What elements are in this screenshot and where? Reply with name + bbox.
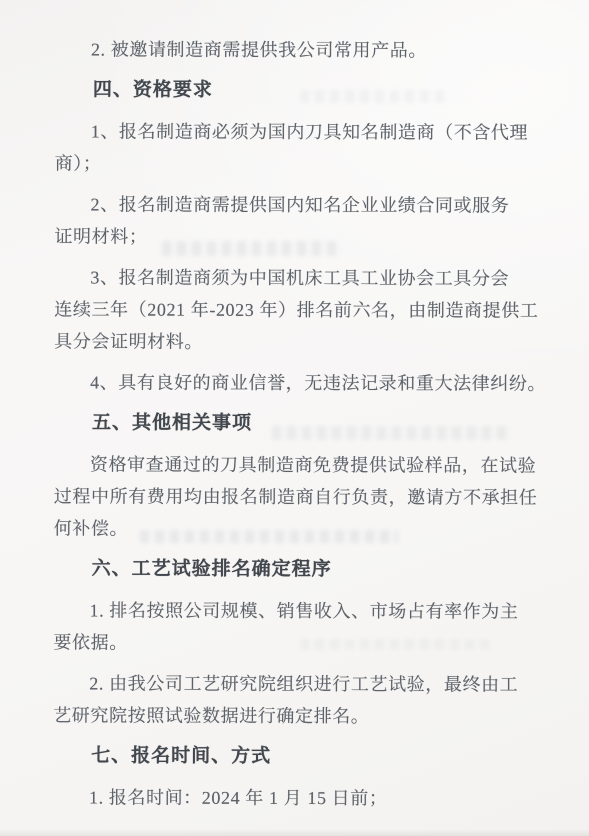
text-line: 证明材料； [54, 220, 541, 253]
body-paragraph: 1、报名制造商必须为国内刀具知名制造商（不含代理商）； [55, 115, 542, 180]
text-line: 1. 排名按照公司规模、销售收入、市场占有率作为主 [53, 594, 540, 627]
body-paragraph: 资格审查通过的刀具制造商免费提供试验样品，在试验过程中所有费用均由报名制造商自行… [54, 448, 541, 545]
section-heading: 五、其他相关事项 [54, 407, 541, 440]
text-line: 连续三年（2021 年-2023 年）排名前六名，由制造商提供工 [54, 293, 541, 326]
text-line: 四、资格要求 [55, 74, 542, 107]
text-line: 2. 被邀请制造商需提供我公司常用产品。 [55, 33, 542, 66]
text-line: 五、其他相关事项 [54, 407, 541, 440]
scanned-document-page: 2. 被邀请制造商需提供我公司常用产品。四、资格要求1、报名制造商必须为国内刀具… [0, 0, 589, 836]
document-content: 2. 被邀请制造商需提供我公司常用产品。四、资格要求1、报名制造商必须为国内刀具… [53, 33, 542, 823]
section-heading: 六、工艺试验排名确定程序 [54, 553, 541, 586]
text-line: 1. 报名时间：2024 年 1 月 15 日前； [53, 781, 540, 814]
body-paragraph: 3、报名制造商须为中国机床工具工业协会工具分会连续三年（2021 年-2023 … [54, 261, 541, 358]
text-line: 艺研究院按照试验数据进行确定排名。 [53, 699, 540, 732]
text-line: 资格审查通过的刀具制造商免费提供试验样品，在试验 [54, 448, 541, 481]
text-line: 何补偿。 [54, 512, 541, 545]
section-heading: 四、资格要求 [55, 74, 542, 107]
section-heading: 七、报名时间、方式 [53, 740, 540, 773]
text-line: 过程中所有费用均由报名制造商自行负责，邀请方不承担任 [54, 480, 541, 513]
body-paragraph: 1. 排名按照公司规模、销售收入、市场占有率作为主要依据。 [53, 594, 540, 659]
text-line: 具分会证明材料。 [54, 325, 541, 358]
text-line: 七、报名时间、方式 [53, 740, 540, 773]
text-line: 六、工艺试验排名确定程序 [54, 553, 541, 586]
body-paragraph: 2、报名制造商需提供国内知名企业业绩合同或服务证明材料； [54, 188, 541, 253]
text-line: 4、具有良好的商业信誉，无违法记录和重大法律纠纷。 [54, 366, 541, 399]
body-paragraph: 2. 由我公司工艺研究院组织进行工艺试验，最终由工艺研究院按照试验数据进行确定排… [53, 667, 540, 732]
text-line: 3、报名制造商须为中国机床工具工业协会工具分会 [54, 261, 541, 294]
body-paragraph: 2. 被邀请制造商需提供我公司常用产品。 [55, 33, 542, 66]
text-line: 2. 由我公司工艺研究院组织进行工艺试验，最终由工 [53, 667, 540, 700]
body-paragraph: 4、具有良好的商业信誉，无违法记录和重大法律纠纷。 [54, 366, 541, 399]
body-paragraph: 1. 报名时间：2024 年 1 月 15 日前； [53, 781, 540, 814]
text-line: 商）； [55, 147, 542, 180]
text-line: 2、报名制造商需提供国内知名企业业绩合同或服务 [55, 188, 542, 221]
text-line: 要依据。 [53, 626, 540, 659]
text-line: 1、报名制造商必须为国内刀具知名制造商（不含代理 [55, 115, 542, 148]
